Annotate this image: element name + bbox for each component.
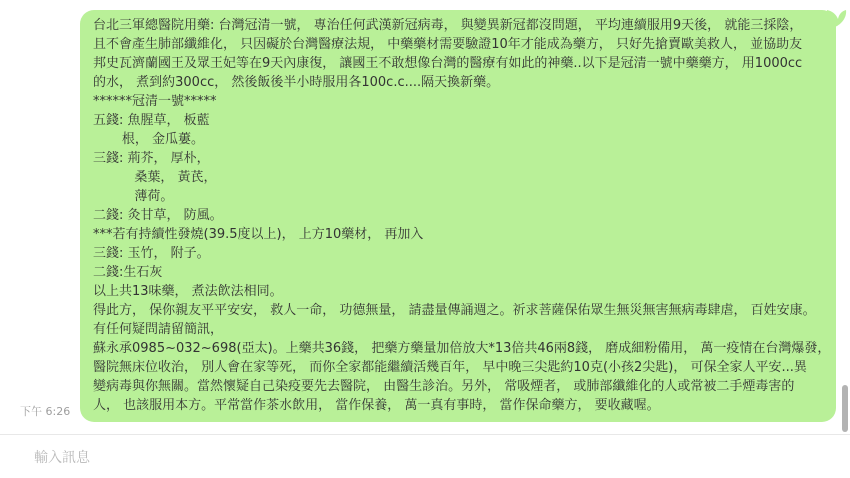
message-timestamp: 下午 6:26 — [20, 403, 76, 419]
scrollbar-thumb[interactable] — [842, 385, 848, 432]
composer-bar — [0, 435, 850, 478]
bubble-tail — [827, 10, 847, 32]
message-input[interactable] — [34, 447, 794, 469]
chat-area: 下午 6:26 台北三軍總醫院用藥: 台灣冠清一號， 專治任何武漢新冠病毒， 與… — [0, 0, 850, 478]
message-text: 台北三軍總醫院用藥: 台灣冠清一號， 專治任何武漢新冠病毒， 與變異新冠都沒問題… — [93, 16, 824, 415]
message-bubble[interactable]: 台北三軍總醫院用藥: 台灣冠清一號， 專治任何武漢新冠病毒， 與變異新冠都沒問題… — [80, 10, 836, 422]
